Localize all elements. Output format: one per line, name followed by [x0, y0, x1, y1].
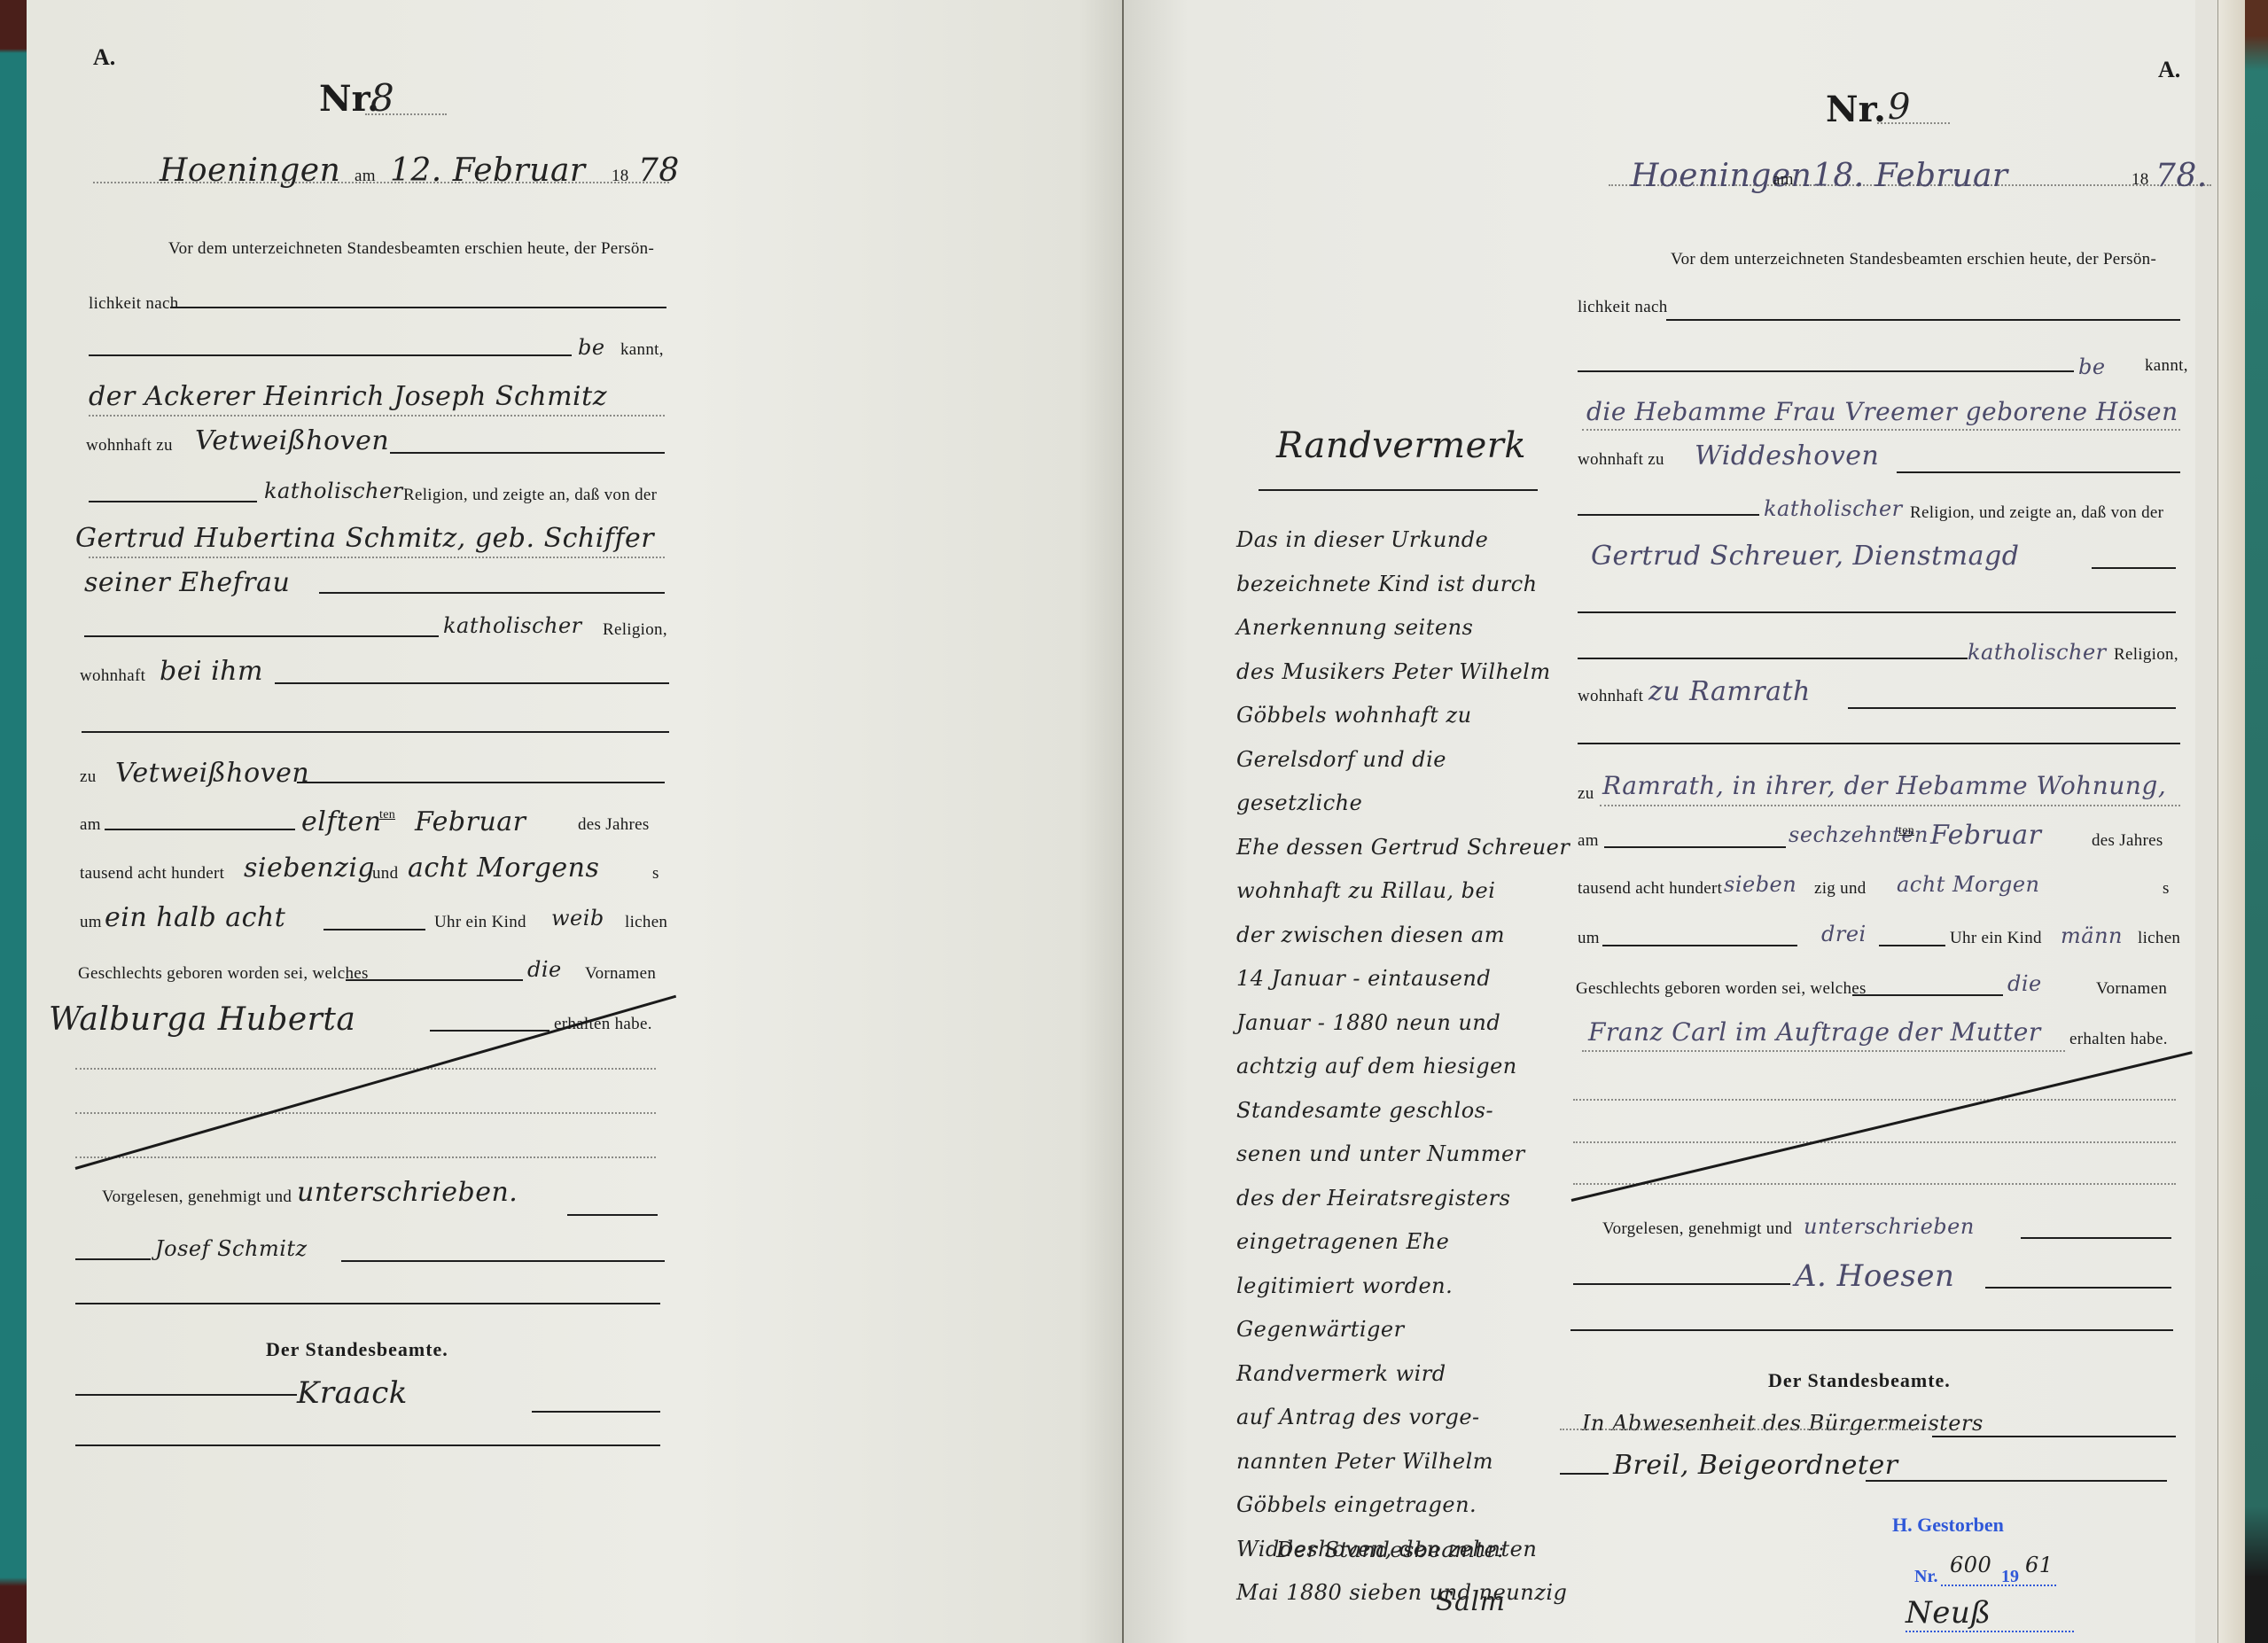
margin-note-title-underline [1259, 489, 1538, 491]
right-vornamen-label: Vornamen [2096, 979, 2167, 999]
left-rule [170, 307, 666, 308]
right-rule [1578, 743, 2180, 744]
left-mother-name: Gertrud Hubertina Schmitz, geb. Schiffer [75, 523, 654, 554]
right-sex: männ [2061, 923, 2123, 948]
left-kannt-label: kannt, [620, 340, 664, 360]
left-uhr-ein-kind: Uhr ein Kind [434, 913, 526, 932]
right-rule [1602, 945, 1797, 946]
left-date-year-prefix: 18 [612, 167, 629, 186]
left-religion2-text: Religion, [603, 620, 667, 640]
left-sex: weib [551, 906, 604, 931]
death-stamp-label: H. Gestorben [1892, 1514, 2004, 1537]
margin-note-line: 14 Januar - eintausend [1236, 957, 1573, 1001]
right-unterschrieben: unterschrieben [1804, 1214, 1975, 1239]
right-mother-name: Gertrud Schreuer, Dienstmagd [1591, 541, 2019, 572]
right-dotline [1600, 805, 2180, 806]
left-dotline [75, 1156, 656, 1158]
right-kannt-label: kannt, [2145, 356, 2188, 376]
right-dotline [1582, 429, 2180, 431]
left-religion1-text: Religion, und zeigte an, daß von der [403, 486, 657, 505]
left-rule [430, 1030, 549, 1032]
right-lichen: lichen [2138, 929, 2180, 948]
right-date-am: am [1773, 170, 1794, 190]
margin-note-line: senen und unter Nummer [1236, 1133, 1573, 1177]
left-rule [390, 452, 665, 454]
right-birth-time: drei [1821, 922, 1867, 946]
left-rule [75, 1303, 660, 1304]
right-am-label: am [1578, 831, 1599, 851]
left-birth-month: Februar [415, 806, 526, 837]
right-rule [1578, 658, 1968, 659]
left-die-hand: die [527, 957, 562, 982]
left-des-jahres: des Jahres [578, 815, 650, 835]
margin-note-signoff: Der Standesbeamte: [1276, 1538, 1505, 1562]
right-rule [1985, 1287, 2171, 1289]
left-s-suffix: s [652, 864, 659, 884]
right-die-hand: die [2007, 971, 2042, 996]
margin-note-line: Göbbels eingetragen. [1236, 1483, 1573, 1528]
left-am-label: am [80, 815, 101, 835]
left-rule [89, 354, 572, 356]
margin-note-line: Gerelsdorf und die gesetzliche [1236, 738, 1573, 826]
right-rule [1848, 707, 2176, 709]
right-religion2-text: Religion, [2114, 645, 2178, 665]
margin-note-line: Mai 1880 sieben und neunzig [1236, 1571, 1573, 1616]
right-rule [1578, 370, 2074, 372]
death-stamp-sign-dotline [1906, 1631, 2074, 1632]
right-date-year-prefix: 18 [2132, 170, 2149, 190]
left-zig-und: und [372, 864, 398, 884]
right-geschlechts-label: Geschlechts geboren worden sei, welches [1576, 979, 1867, 999]
right-officer-line2: Breil, Beigeordneter [1613, 1450, 1898, 1481]
left-rule [84, 635, 439, 637]
left-rule [341, 1260, 665, 1262]
right-rule [1866, 1480, 2167, 1482]
right-year-units: acht Morgen [1897, 872, 2040, 897]
left-vorgelesen-label: Vorgelesen, genehmigt und [102, 1187, 292, 1207]
right-informant-name: die Hebamme Frau Vreemer geborene Hösen [1586, 397, 2178, 426]
death-stamp-year: 61 [2025, 1553, 2054, 1577]
left-rule [105, 829, 295, 830]
left-year-tens: siebenzig [244, 853, 375, 884]
right-zig-und: zig und [1814, 879, 1867, 899]
right-rule [1932, 1436, 2176, 1437]
right-rule [1852, 994, 2003, 996]
right-rule [1578, 514, 1759, 516]
right-wohnhaft-zu-label: wohnhaft zu [1578, 450, 1664, 470]
death-stamp-year-prefix: 19 [2001, 1567, 2019, 1587]
page-edges [2217, 0, 2245, 1643]
left-section-letter: A. [93, 44, 115, 71]
left-officer-heading: Der Standesbeamte. [266, 1338, 448, 1361]
book-binding-left [0, 0, 27, 1643]
right-mother-residence: zu Ramrath [1648, 676, 1811, 707]
left-informant-residence: Vetweißhoven [195, 425, 389, 456]
right-informant-signature: A. Hoesen [1795, 1258, 1954, 1294]
margin-note-line: auf Antrag des vorge- [1236, 1396, 1573, 1440]
left-tausend-label: tausend acht hundert [80, 864, 224, 884]
right-rule [1570, 1329, 2173, 1331]
margin-note-line: des Musikers Peter Wilhelm [1236, 650, 1573, 695]
left-wohnhaft-label: wohnhaft [80, 666, 145, 686]
margin-note-line: Januar - 1880 neun und [1236, 1001, 1573, 1046]
left-religion2-hand: katholischer [443, 613, 582, 638]
left-rule [75, 1444, 660, 1446]
left-date-am: am [355, 167, 376, 186]
left-birth-place: Vetweißhoven [115, 758, 309, 789]
death-stamp-signature: Neuß [1906, 1595, 1991, 1631]
left-rule [532, 1411, 660, 1413]
left-rule [297, 782, 665, 783]
right-des-jahres: des Jahres [2092, 831, 2163, 851]
right-religion2-hand: katholischer [1968, 640, 2107, 665]
right-child-names: Franz Carl im Auftrage der Mutter [1588, 1017, 2041, 1047]
right-rule [2021, 1237, 2171, 1239]
right-ten-suffix: ten [1898, 824, 1914, 838]
right-year-tens: sieben [1724, 872, 1796, 897]
left-mother-relation: seiner Ehefrau [84, 567, 290, 598]
margin-note-line: nannten Peter Wilhelm [1236, 1440, 1573, 1484]
right-kannt-hand: be [2078, 354, 2106, 379]
left-date-place: Hoeningen [160, 152, 340, 189]
left-number-dotline [365, 113, 447, 115]
left-informant-signature: Josef Schmitz [155, 1236, 308, 1261]
right-birth-place: Ramrath, in ihrer, der Hebamme Wohnung, [1602, 771, 2166, 800]
margin-note-line: Anerkennung seitens [1236, 606, 1573, 650]
left-mother-residence: bei ihm [160, 656, 263, 687]
left-kannt-hand: be [578, 335, 605, 360]
margin-note-line: Gegenwärtiger [1236, 1308, 1573, 1352]
left-wohnhaft-zu-label: wohnhaft zu [86, 436, 173, 456]
left-dotline [89, 557, 665, 558]
left-dotline [75, 1068, 656, 1070]
right-date-daymonth: 18. Februar [1812, 158, 2008, 194]
left-dotline [89, 415, 665, 417]
right-religion1-text: Religion, und zeigte an, daß von der [1910, 503, 2163, 523]
margin-note-line: eingetragenen Ehe [1236, 1220, 1573, 1265]
left-rule [75, 1394, 297, 1396]
left-birth-day: elften [301, 806, 382, 837]
right-rule [1879, 945, 1945, 946]
right-officer-line1: In Abwesenheit des Bürgermeisters [1582, 1411, 1984, 1436]
margin-note-line: der zwischen diesen am [1236, 914, 1573, 958]
left-rule [346, 979, 523, 981]
left-rule [82, 731, 669, 733]
right-number-dotline [1877, 122, 1950, 124]
book-binding-right [2245, 0, 2268, 1643]
right-religion1-hand: katholischer [1764, 496, 1903, 521]
left-ten-suffix: ten [379, 808, 395, 822]
left-um-label: um [80, 913, 102, 932]
left-lichkeit-label: lichkeit nach [89, 294, 179, 314]
left-rule [275, 682, 669, 684]
margin-note-line: bezeichnete Kind ist durch [1236, 563, 1573, 607]
right-rule [1604, 846, 1786, 848]
margin-note-body: Das in dieser Urkunde bezeichnete Kind i… [1236, 518, 1573, 1616]
margin-note-title: Randvermerk [1276, 425, 1526, 466]
left-rule [567, 1214, 658, 1216]
margin-note-line: des der Heiratsregisters [1236, 1177, 1573, 1221]
right-officer-heading: Der Standesbeamte. [1768, 1369, 1951, 1392]
death-stamp-nr-label: Nr. [1914, 1567, 1937, 1587]
right-rule [1897, 471, 2180, 473]
right-section-letter: A. [2158, 57, 2180, 83]
left-lichen: lichen [625, 913, 667, 932]
left-child-names: Walburga Huberta [49, 1001, 355, 1038]
right-dotline [1573, 1141, 2176, 1143]
left-rule [89, 501, 257, 502]
margin-note-line: Randvermerk wird [1236, 1352, 1573, 1397]
right-tausend-label: tausend acht hundert [1578, 879, 1722, 899]
death-stamp-dotline [1941, 1585, 2056, 1586]
left-dotline [75, 1112, 656, 1114]
margin-note-line: Standesamte geschlos- [1236, 1089, 1573, 1133]
right-wohnhaft-label: wohnhaft [1578, 687, 1643, 706]
right-lichkeit-label: lichkeit nach [1578, 298, 1668, 317]
left-date-daymonth: 12. Februar [390, 152, 586, 189]
margin-note-line: Das in dieser Urkunde [1236, 518, 1573, 563]
right-rule [1573, 1283, 1790, 1285]
left-rule [319, 592, 665, 594]
right-um-label: um [1578, 929, 1600, 948]
left-year-units: acht Morgens [408, 853, 599, 884]
right-vorgelesen-label: Vorgelesen, genehmigt und [1602, 1219, 1792, 1239]
left-birth-time: ein halb acht [105, 902, 285, 933]
right-dotline [1560, 1429, 1932, 1430]
left-zu-label: zu [80, 767, 97, 787]
right-dotline [1582, 1050, 2065, 1052]
right-birth-month: Februar [1930, 820, 2042, 851]
right-informant-residence: Widdeshoven [1695, 440, 1879, 471]
right-rule [1578, 611, 2176, 613]
right-rule [1666, 319, 2180, 321]
left-intro-text: Vor dem unterzeichneten Standesbeamten e… [168, 239, 654, 259]
left-date-year: 78 [638, 152, 680, 189]
right-rule [2092, 567, 2176, 569]
right-erhalten-label: erhalten habe. [2069, 1030, 2168, 1049]
right-uhr-ein-kind: Uhr ein Kind [1950, 929, 2042, 948]
left-geschlechts-label: Geschlechts geboren worden sei, welches [78, 964, 369, 984]
right-s-suffix: s [2163, 879, 2170, 899]
right-zu-label: zu [1578, 784, 1594, 804]
margin-note-line: legitimiert worden. [1236, 1265, 1573, 1309]
book-spine [1122, 0, 1124, 1643]
right-dotline [1573, 1183, 2176, 1185]
margin-note-signature: Salm [1436, 1586, 1505, 1617]
left-rule [75, 1258, 151, 1260]
margin-note-line: wohnhaft zu Rillau, bei [1236, 869, 1573, 914]
death-stamp-number: 600 [1950, 1553, 1991, 1577]
left-officer-signature: Kraack [297, 1375, 408, 1411]
left-religion1-hand: katholischer [264, 479, 403, 503]
right-dotline [1573, 1099, 2176, 1101]
left-unterschrieben: unterschrieben. [297, 1177, 518, 1208]
left-informant-name: der Ackerer Heinrich Joseph Schmitz [89, 381, 607, 412]
margin-note-line: achtzig auf dem hiesigen [1236, 1045, 1573, 1089]
margin-note-line: Ehe dessen Gertrud Schreuer [1236, 826, 1573, 870]
right-intro-text: Vor dem unterzeichneten Standesbeamten e… [1671, 250, 2156, 269]
left-vornamen-label: Vornamen [585, 964, 656, 984]
left-rule [323, 929, 425, 931]
right-date-year: 78. [2155, 158, 2208, 194]
margin-note-line: Göbbels wohnhaft zu [1236, 694, 1573, 738]
